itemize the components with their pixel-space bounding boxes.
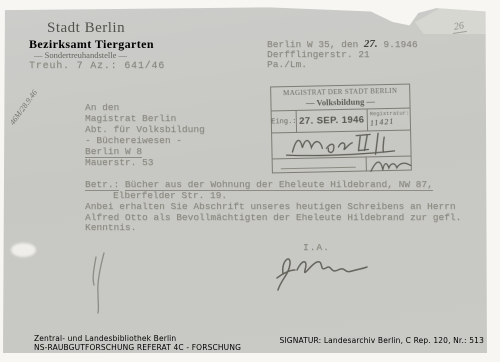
receipt-stamp: MAGISTRAT DER STADT BERLIN — Volksbildun… bbox=[270, 84, 412, 174]
stamp-bottom-right-cell bbox=[367, 157, 411, 171]
stamp-registratur-number: 11421 bbox=[370, 115, 409, 127]
scanned-letter-page: Stadt Berlin Bezirksamt Tiergarten — Son… bbox=[0, 0, 500, 362]
recipient-city: Berlin W 8 bbox=[85, 147, 205, 158]
stamp-handwriting-scribble bbox=[272, 131, 410, 159]
letterhead-file-reference: Treuh. 7 Az.: 641/46 bbox=[29, 61, 165, 72]
recipient-street: Mauerstr. 53 bbox=[85, 158, 205, 169]
stamp-eing-label: Eing.: bbox=[272, 111, 297, 133]
body-line: Kenntnis. bbox=[85, 223, 461, 234]
stamp-date-received: 27. SEP. 1946 bbox=[297, 109, 367, 131]
handwritten-day: 27. bbox=[364, 38, 378, 50]
margin-pencil-mark bbox=[83, 250, 115, 316]
letterhead-office: — Sondertreuhandstelle — bbox=[34, 50, 127, 60]
stamp-initials-scribble bbox=[367, 156, 417, 177]
recipient-address: An den Magistrat Berlin Abt. für Volksbi… bbox=[85, 103, 205, 168]
stamp-date-row: Eing.: 27. SEP. 1946 Registratur: 11421 bbox=[272, 108, 410, 134]
paper-damage-spot bbox=[11, 243, 36, 257]
letter-body: Anbei erhalten Sie Abschrift unseres heu… bbox=[85, 202, 461, 234]
scan-edge-shadow bbox=[4, 9, 7, 309]
letterhead-city: Stadt Berlin bbox=[47, 20, 125, 37]
clerk-initials: Pa./Lm. bbox=[267, 60, 418, 70]
subject-block: Betr.: Bücher aus der Wohnung der Eheleu… bbox=[85, 180, 433, 202]
folio-number: 26 bbox=[451, 20, 467, 34]
signature-handwriting bbox=[261, 248, 381, 298]
recipient-line: - Büchereiwesen - bbox=[85, 136, 205, 147]
stamp-bottom-row bbox=[273, 156, 411, 173]
body-line: Alfred Otto als Bevollmächtigten der Ehe… bbox=[85, 213, 461, 224]
subject-line2: Elberfelder Str. 19. bbox=[113, 191, 433, 202]
body-line: Anbei erhalten Sie Abschrift unseres heu… bbox=[85, 202, 461, 213]
stamp-handwriting-area bbox=[272, 131, 410, 159]
date-block: Berlin W 35, den 27. 9.1946 Derfflingers… bbox=[267, 39, 418, 71]
stamp-registratur-cell: Registratur: 11421 bbox=[367, 109, 410, 131]
handwritten-diagonal-note: 46M/28.9.46 bbox=[8, 88, 39, 126]
torn-corner-fold bbox=[415, 8, 487, 34]
document-paper: Stadt Berlin Bezirksamt Tiergarten — Son… bbox=[3, 6, 487, 353]
stamp-bottom-left-cell bbox=[273, 157, 367, 172]
